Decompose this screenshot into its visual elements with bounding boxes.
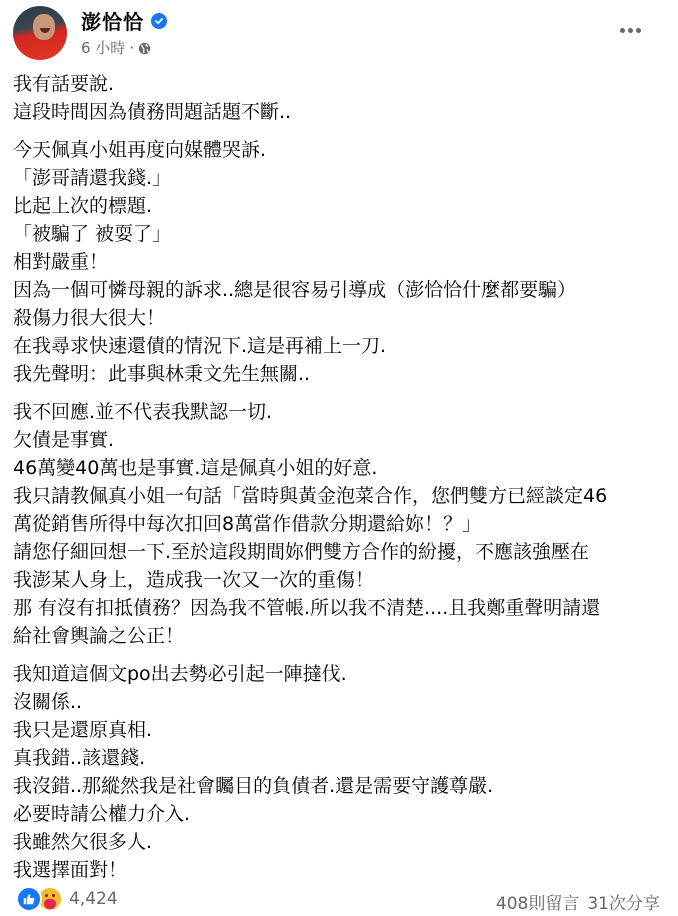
text-line: 今天佩真小姐再度向媒體哭訴. xyxy=(13,136,668,164)
globe-icon[interactable] xyxy=(138,41,151,54)
more-options-button[interactable] xyxy=(612,18,648,42)
avatar-face xyxy=(33,14,55,40)
paragraph: 今天佩真小姐再度向媒體哭訴. 「澎哥請還我錢.」 比起上次的標題. 「被騙了 被… xyxy=(13,136,668,388)
like-reaction-icon xyxy=(16,886,42,912)
author-avatar[interactable] xyxy=(13,6,67,60)
text-line: 「被騙了 被耍了」 xyxy=(13,220,668,248)
text-line: 真我錯..該還錢. xyxy=(13,744,668,772)
comments-count-link[interactable]: 408則留言 xyxy=(496,889,579,914)
paragraph: 我不回應.並不代表我默認一切. 欠債是事實. 46萬變40萬也是事實.這是佩真小… xyxy=(13,398,668,650)
more-horizontal-icon xyxy=(628,28,633,33)
text-line: 比起上次的標題. xyxy=(13,192,668,220)
text-line: 萬從銷售所得中每次扣回8萬當作借款分期還給妳！？」 xyxy=(13,510,668,538)
shares-count-link[interactable]: 31次分享 xyxy=(587,889,660,914)
text-line: 我只請教佩真小姐一句話「當時與黃金泡菜合作，您們雙方已經談定46 xyxy=(13,482,668,510)
text-line: 相對嚴重！ xyxy=(13,248,668,276)
reaction-count[interactable]: 4,424 xyxy=(69,889,118,909)
post-header: 澎恰恰 6 小時 · xyxy=(0,0,678,66)
engagement-stats: 408則留言 31次分享 xyxy=(496,889,660,914)
text-line: 我先聲明：此事與林秉文先生無關.. xyxy=(13,360,668,388)
author-row: 澎恰恰 xyxy=(81,6,167,35)
post-text: 我有話要說. 這段時間因為債務問題話題不斷.. 今天佩真小姐再度向媒體哭訴. 「… xyxy=(13,70,668,894)
text-line: 我只是還原真相. xyxy=(13,716,668,744)
post-timestamp[interactable]: 6 小時 xyxy=(81,37,125,58)
text-line: 在我尋求快速還債的情況下.這是再補上一刀. xyxy=(13,332,668,360)
more-horizontal-icon xyxy=(636,28,641,33)
verified-badge-icon xyxy=(151,13,167,29)
meta-separator: · xyxy=(129,39,134,57)
text-line: 我選擇面對！ xyxy=(13,856,668,884)
text-line: 欠債是事實. xyxy=(13,426,668,454)
text-line: 殺傷力很大很大！ xyxy=(13,304,668,332)
text-line: 給社會輿論之公正！ xyxy=(13,622,668,650)
more-horizontal-icon xyxy=(620,28,625,33)
text-line: 沒關係.. xyxy=(13,688,668,716)
post-footer: 4,424 408則留言 31次分享 xyxy=(0,884,678,916)
paragraph: 我有話要說. 這段時間因為債務問題話題不斷.. xyxy=(13,70,668,126)
text-line: 這段時間因為債務問題話題不斷.. xyxy=(13,98,668,126)
text-line: 因為一個可憐母親的訴求..總是很容易引導成（澎恰恰什麼都要騙） xyxy=(13,276,668,304)
reactions-summary[interactable]: 4,424 xyxy=(16,886,118,912)
paragraph: 我知道這個文po出去勢必引起一陣撻伐. 沒關係.. 我只是還原真相. 真我錯..… xyxy=(13,660,668,884)
text-line: 我不回應.並不代表我默認一切. xyxy=(13,398,668,426)
text-line: 「澎哥請還我錢.」 xyxy=(13,164,668,192)
post-meta: 6 小時 · xyxy=(81,37,151,58)
text-line: 請您仔細回想一下.至於這段期間妳們雙方合作的紛擾，不應該強壓在 xyxy=(13,538,668,566)
text-line: 那 有沒有扣抵債務？因為我不管帳.所以我不清楚....且我鄭重聲明請還 xyxy=(13,594,668,622)
text-line: 46萬變40萬也是事實.這是佩真小姐的好意. xyxy=(13,454,668,482)
text-line: 必要時請公權力介入. xyxy=(13,800,668,828)
text-line: 我澎某人身上，造成我一次又一次的重傷！ xyxy=(13,566,668,594)
text-line: 我知道這個文po出去勢必引起一陣撻伐. xyxy=(13,660,668,688)
text-line: 我雖然欠很多人. xyxy=(13,828,668,856)
author-name[interactable]: 澎恰恰 xyxy=(81,6,144,35)
text-line: 我有話要說. xyxy=(13,70,668,98)
text-line: 我沒錯..那縱然我是社會矚目的負債者.還是需要守護尊嚴. xyxy=(13,772,668,800)
